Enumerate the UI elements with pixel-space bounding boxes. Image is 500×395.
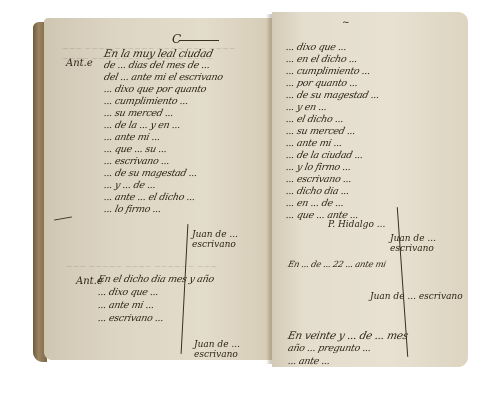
text-line: ... escrivano ... (103, 156, 171, 167)
right-page: ~ ... dixo que ... ... en el dicho ... .… (272, 12, 468, 367)
text-line: ... que ... su ... (103, 144, 168, 155)
text-line: ... escrivano ... (97, 313, 165, 324)
signature: P. Hidalgo ... (328, 220, 385, 230)
text-line: ... ante ... (287, 356, 331, 367)
text-line: ... de la ... y en ... (103, 120, 182, 131)
text-line: del ... ante mi el escrivano (103, 72, 224, 83)
text-line: ... su merced ... (103, 108, 175, 119)
header-mark: C (172, 32, 181, 46)
signature: Juan de ... escrivano (370, 292, 463, 302)
text-line: ... y lo firmo ... (285, 162, 352, 173)
text-line: En veinte y ... de ... mes (287, 330, 409, 342)
header-flourish (179, 40, 219, 41)
signature: Juan de ... escrivano (194, 340, 272, 360)
header-mark: ~ (342, 18, 350, 28)
manuscript-photo: ~~~ ~~~~ ~~~~~~ ~~~~ ~~~ ~~~~ ~~~~ ~~~ ~… (0, 0, 500, 395)
text-line: ... el dicho ... (285, 114, 345, 125)
text-line: ... cumplimiento ... (103, 96, 189, 107)
text-line: ... dicho dia ... (285, 186, 350, 197)
text-line: En ... de ... 22 ... ante mi (287, 260, 387, 270)
signature: Juan de ... escrivano (192, 230, 272, 250)
text-line: ... en el dicho ... (285, 54, 359, 65)
text-line: ... de su magestad ... (285, 90, 380, 101)
text-line: ... lo firmo ... (103, 204, 162, 215)
bleed-through-text: ~~~ ~~~~~ ~~~~ ~~~~~~ ~~~ (66, 262, 217, 271)
text-line: En el dicho dia mes y año (97, 274, 215, 285)
text-line: ... ante mi ... (285, 138, 343, 149)
text-line: ... dixo que ... (97, 287, 160, 298)
signature: Juan de ... escrivano (390, 234, 468, 254)
text-line: ... dixo que por quanto (103, 84, 207, 95)
text-line: ... escrivano ... (285, 174, 353, 185)
text-line: ... su merced ... (285, 126, 357, 137)
text-line: En la muy leal ciudad (103, 48, 214, 60)
vertical-stroke (181, 224, 189, 354)
text-line: ... ante mi ... (97, 300, 155, 311)
text-line: ... ante ... el dicho ... (103, 192, 196, 203)
text-line: ... y en ... (285, 102, 328, 113)
margin-stroke (54, 216, 72, 220)
text-line: ... cumplimiento ... (285, 66, 371, 77)
text-line: ... por quanto ... (285, 78, 359, 89)
text-line: ... dixo que ... (285, 42, 348, 53)
text-line: ... y ... de ... (103, 180, 157, 191)
text-line: ... de la ciudad ... (285, 150, 364, 161)
text-line: año ... pregunto ... (287, 343, 372, 354)
text-line: ... en ... de ... (285, 198, 345, 209)
margin-note: Ant.e (66, 58, 93, 69)
text-line: ... de su magestad ... (103, 168, 198, 179)
left-page: ~~~ ~~~~ ~~~~~~ ~~~~ ~~~ ~~~~ ~~~~ ~~~ ~… (44, 18, 272, 360)
text-line: de ... dias del mes de ... (103, 60, 211, 71)
text-line: ... ante mi ... (103, 132, 161, 143)
